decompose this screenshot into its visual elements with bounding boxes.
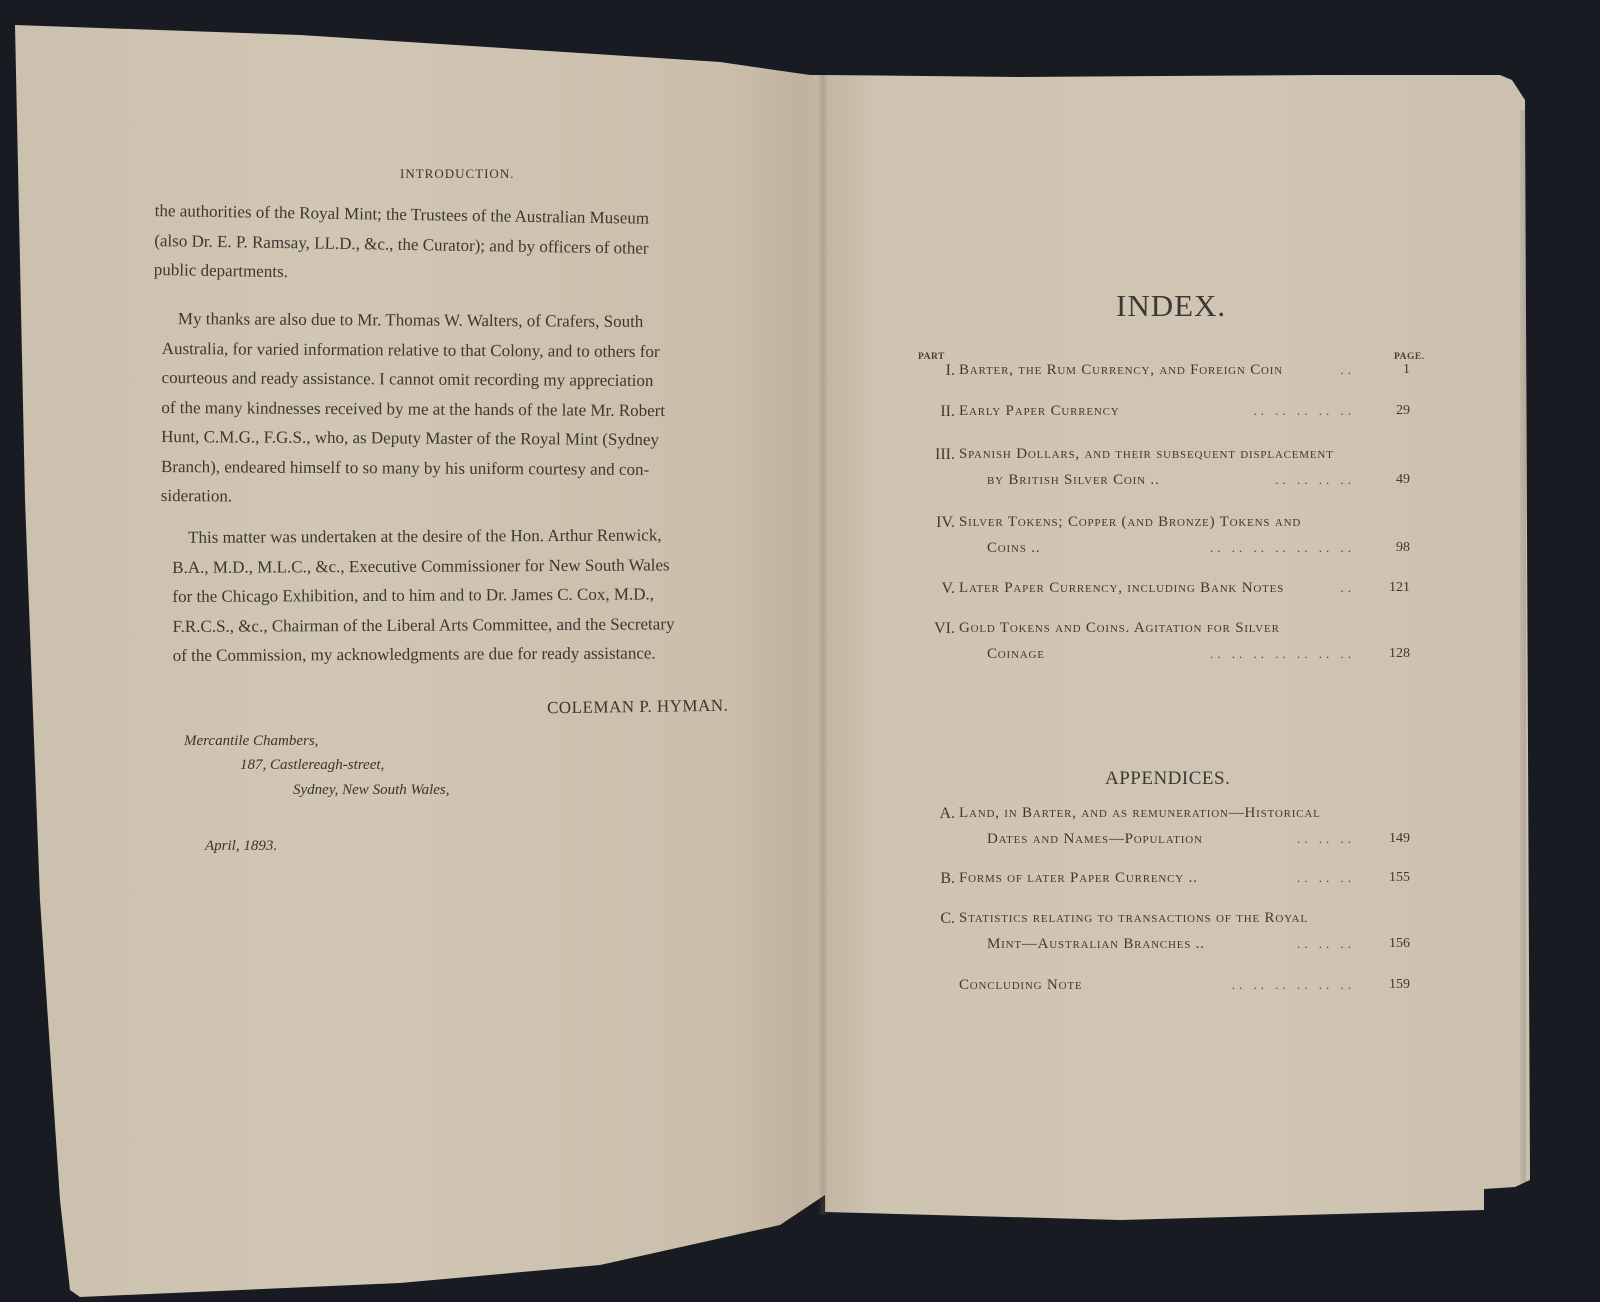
paragraph: My thanks are also due to Mr. Thomas W. …: [161, 304, 752, 514]
leader-dots: .. .. ..: [1297, 831, 1355, 847]
leader-dots: .. .. .. .. ..: [1254, 403, 1356, 419]
toc-entry: II.Early Paper Currency.. .. .. .. ..29: [915, 403, 1415, 429]
fore-edge: [1520, 110, 1526, 1185]
toc-line: V.Later Paper Currency, including Bank N…: [915, 580, 1415, 606]
toc-line: A.Land, in Barter, and as remuneration—H…: [915, 805, 1415, 831]
toc-title: by British Silver Coin ..: [987, 472, 1160, 489]
paragraph: the authorities of the Royal Mint; the T…: [154, 196, 750, 294]
toc-line: Mint—Australian Branches .... .. ..156: [915, 936, 1415, 962]
toc-line: VI.Gold Tokens and Coins. Agitation for …: [915, 620, 1415, 646]
part-column-label: PART: [918, 352, 945, 362]
toc-entry: VI.Gold Tokens and Coins. Agitation for …: [915, 620, 1415, 672]
toc-number: B.: [915, 870, 955, 888]
page-number: 156: [1370, 936, 1410, 952]
toc-entry: V.Later Paper Currency, including Bank N…: [915, 580, 1415, 606]
text-line: courteous and ready assistance. I cannot…: [161, 363, 751, 396]
index-title: INDEX.: [1116, 288, 1226, 324]
toc-entry: Concluding Note.. .. .. .. .. ..159: [915, 977, 1415, 1003]
toc-title: Land, in Barter, and as remuneration—His…: [959, 805, 1321, 822]
page-number: 98: [1370, 540, 1410, 556]
toc-title: Forms of later Paper Currency ..: [959, 870, 1198, 887]
toc-title: Spanish Dollars, and their subsequent di…: [959, 446, 1334, 463]
toc-line: II.Early Paper Currency.. .. .. .. ..29: [915, 403, 1415, 429]
toc-entry: III.Spanish Dollars, and their subsequen…: [915, 446, 1415, 498]
text-line: My thanks are also due to Mr. Thomas W. …: [162, 304, 752, 337]
toc-title: Coinage: [987, 646, 1045, 663]
leader-dots: .. .. .. .. .. .. ..: [1210, 646, 1355, 662]
page-number: 1: [1370, 362, 1410, 378]
toc-number: A.: [915, 805, 955, 823]
toc-title: Barter, the Rum Currency, and Foreign Co…: [959, 362, 1283, 379]
text-line: B.A., M.D., M.L.C., &c., Executive Commi…: [172, 549, 750, 582]
toc-line: Coins .... .. .. .. .. .. ..98: [915, 540, 1415, 566]
text-line: Australia, for varied information relati…: [162, 333, 752, 366]
leader-dots: .. .. .. ..: [1275, 472, 1355, 488]
toc-number: I.: [915, 362, 955, 380]
toc-title: Later Paper Currency, including Bank Not…: [959, 580, 1284, 597]
toc-title: Early Paper Currency: [959, 403, 1120, 420]
toc-line: I.Barter, the Rum Currency, and Foreign …: [915, 362, 1415, 388]
spine-fold: [818, 75, 828, 1215]
toc-title: Concluding Note: [959, 977, 1082, 994]
toc-entry: IV.Silver Tokens; Copper (and Bronze) To…: [915, 514, 1415, 566]
toc-title: Mint—Australian Branches ..: [987, 936, 1205, 953]
paragraph: This matter was undertaken at the desire…: [172, 520, 751, 671]
page-number: 149: [1370, 831, 1410, 847]
text-line: for the Chicago Exhibition, and to him a…: [172, 579, 750, 612]
page-number: 159: [1370, 977, 1410, 993]
author-signature: COLEMAN P. HYMAN.: [547, 696, 729, 719]
address-line: 187, Castlereagh-street,: [240, 757, 384, 774]
toc-number: III.: [915, 446, 955, 464]
toc-title: Statistics relating to transactions of t…: [959, 910, 1308, 927]
leader-dots: ..: [1341, 362, 1356, 378]
toc-line: C.Statistics relating to transactions of…: [915, 910, 1415, 936]
toc-line: B.Forms of later Paper Currency .... .. …: [915, 870, 1415, 896]
text-line: Hunt, C.M.G., F.G.S., who, as Deputy Mas…: [161, 422, 751, 455]
toc-title: Dates and Names—Population: [987, 831, 1203, 848]
toc-entry: B.Forms of later Paper Currency .... .. …: [915, 870, 1415, 896]
text-line: of the many kindnesses received by me at…: [161, 392, 751, 425]
appendices-title: APPENDICES.: [1105, 768, 1230, 790]
toc-number: IV.: [915, 514, 955, 532]
toc-line: by British Silver Coin .... .. .. ..49: [915, 472, 1415, 498]
toc-title: Gold Tokens and Coins. Agitation for Sil…: [959, 620, 1280, 637]
toc-number: V.: [915, 580, 955, 598]
leader-dots: ..: [1341, 580, 1356, 596]
toc-line: Concluding Note.. .. .. .. .. ..159: [915, 977, 1415, 1003]
text-line: sideration.: [161, 481, 751, 514]
text-line: of the Commission, my acknowledgments ar…: [173, 638, 751, 671]
text-line: This matter was undertaken at the desire…: [172, 520, 750, 553]
toc-entry: I.Barter, the Rum Currency, and Foreign …: [915, 362, 1415, 388]
toc-line: IV.Silver Tokens; Copper (and Bronze) To…: [915, 514, 1415, 540]
toc-title: Silver Tokens; Copper (and Bronze) Token…: [959, 514, 1301, 531]
page-number: 121: [1370, 580, 1410, 596]
leader-dots: .. .. .. .. .. ..: [1232, 977, 1355, 993]
page-number: 155: [1370, 870, 1410, 886]
toc-number: VI.: [915, 620, 955, 638]
toc-line: Dates and Names—Population.. .. ..149: [915, 831, 1415, 857]
address-line: Mercantile Chambers,: [184, 733, 318, 750]
running-head: INTRODUCTION.: [400, 166, 514, 182]
text-line: F.R.C.S., &c., Chairman of the Liberal A…: [172, 608, 750, 641]
toc-line: Coinage.. .. .. .. .. .. ..128: [915, 646, 1415, 672]
page-number: 128: [1370, 646, 1410, 662]
toc-entry: C.Statistics relating to transactions of…: [915, 910, 1415, 962]
toc-line: III.Spanish Dollars, and their subsequen…: [915, 446, 1415, 472]
leader-dots: .. .. ..: [1297, 936, 1355, 952]
page-number: 49: [1370, 472, 1410, 488]
text-line: Branch), endeared himself to so many by …: [161, 451, 751, 484]
toc-number: II.: [915, 403, 955, 421]
page-number: 29: [1370, 403, 1410, 419]
date: April, 1893.: [205, 838, 277, 855]
toc-number: C.: [915, 910, 955, 928]
address-line: Sydney, New South Wales,: [293, 782, 450, 799]
leader-dots: .. .. ..: [1297, 870, 1355, 886]
toc-entry: A.Land, in Barter, and as remuneration—H…: [915, 805, 1415, 857]
page-column-label: PAGE.: [1394, 352, 1425, 362]
toc-title: Coins ..: [987, 540, 1040, 557]
leader-dots: .. .. .. .. .. .. ..: [1210, 540, 1355, 556]
